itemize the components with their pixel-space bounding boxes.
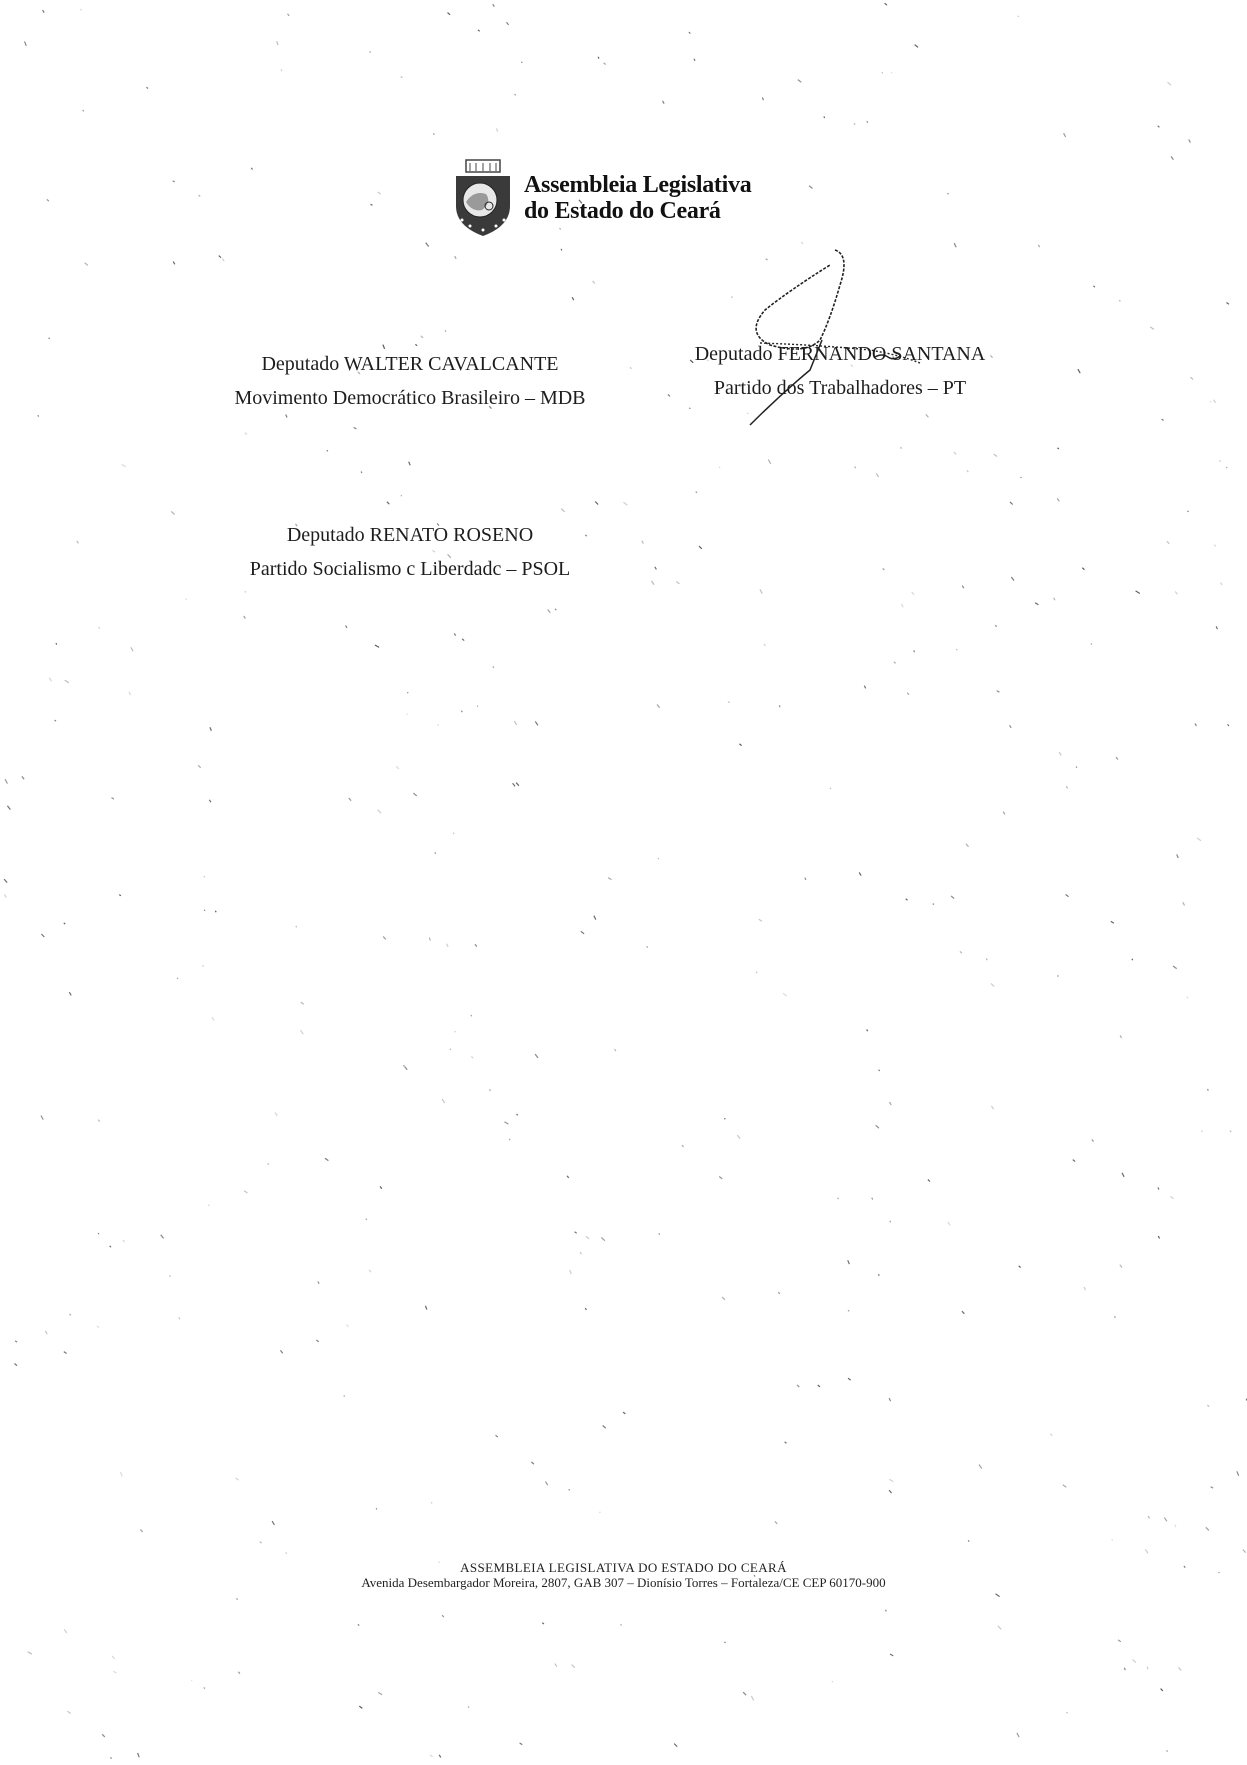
signatory-name: Deputado WALTER CAVALCANTE [200,347,620,381]
title-line-2: do Estado do Ceará [524,198,751,224]
signatory-party: Partido Socialismo c Liberdadc – PSOL [210,552,610,586]
signatory-walter-cavalcante: Deputado WALTER CAVALCANTE Movimento Dem… [200,347,620,415]
scan-speckles [0,0,1247,1765]
footer-org: ASSEMBLEIA LEGISLATIVA DO ESTADO DO CEAR… [0,1560,1247,1575]
state-crest-icon [452,158,514,238]
footer-address: Avenida Desembargador Moreira, 2807, GAB… [0,1575,1247,1590]
signatory-name: Deputado RENATO ROSENO [210,518,610,552]
title-line-1: Assembleia Legislativa [524,172,751,198]
signatory-party: Movimento Democrático Brasileiro – MDB [200,381,620,415]
letterhead-title: Assembleia Legislativa do Estado do Cear… [524,172,751,224]
signatory-name: Deputado FERNANDO SANTANA [660,337,1020,371]
signatory-renato-roseno: Deputado RENATO ROSENO Partido Socialism… [210,518,610,586]
page-footer: ASSEMBLEIA LEGISLATIVA DO ESTADO DO CEAR… [0,1560,1247,1590]
signatory-fernando-santana: Deputado FERNANDO SANTANA Partido dos Tr… [660,337,1020,405]
letterhead: Assembleia Legislativa do Estado do Cear… [452,158,751,238]
signatory-party: Partido dos Trabalhadores – PT [660,371,1020,405]
